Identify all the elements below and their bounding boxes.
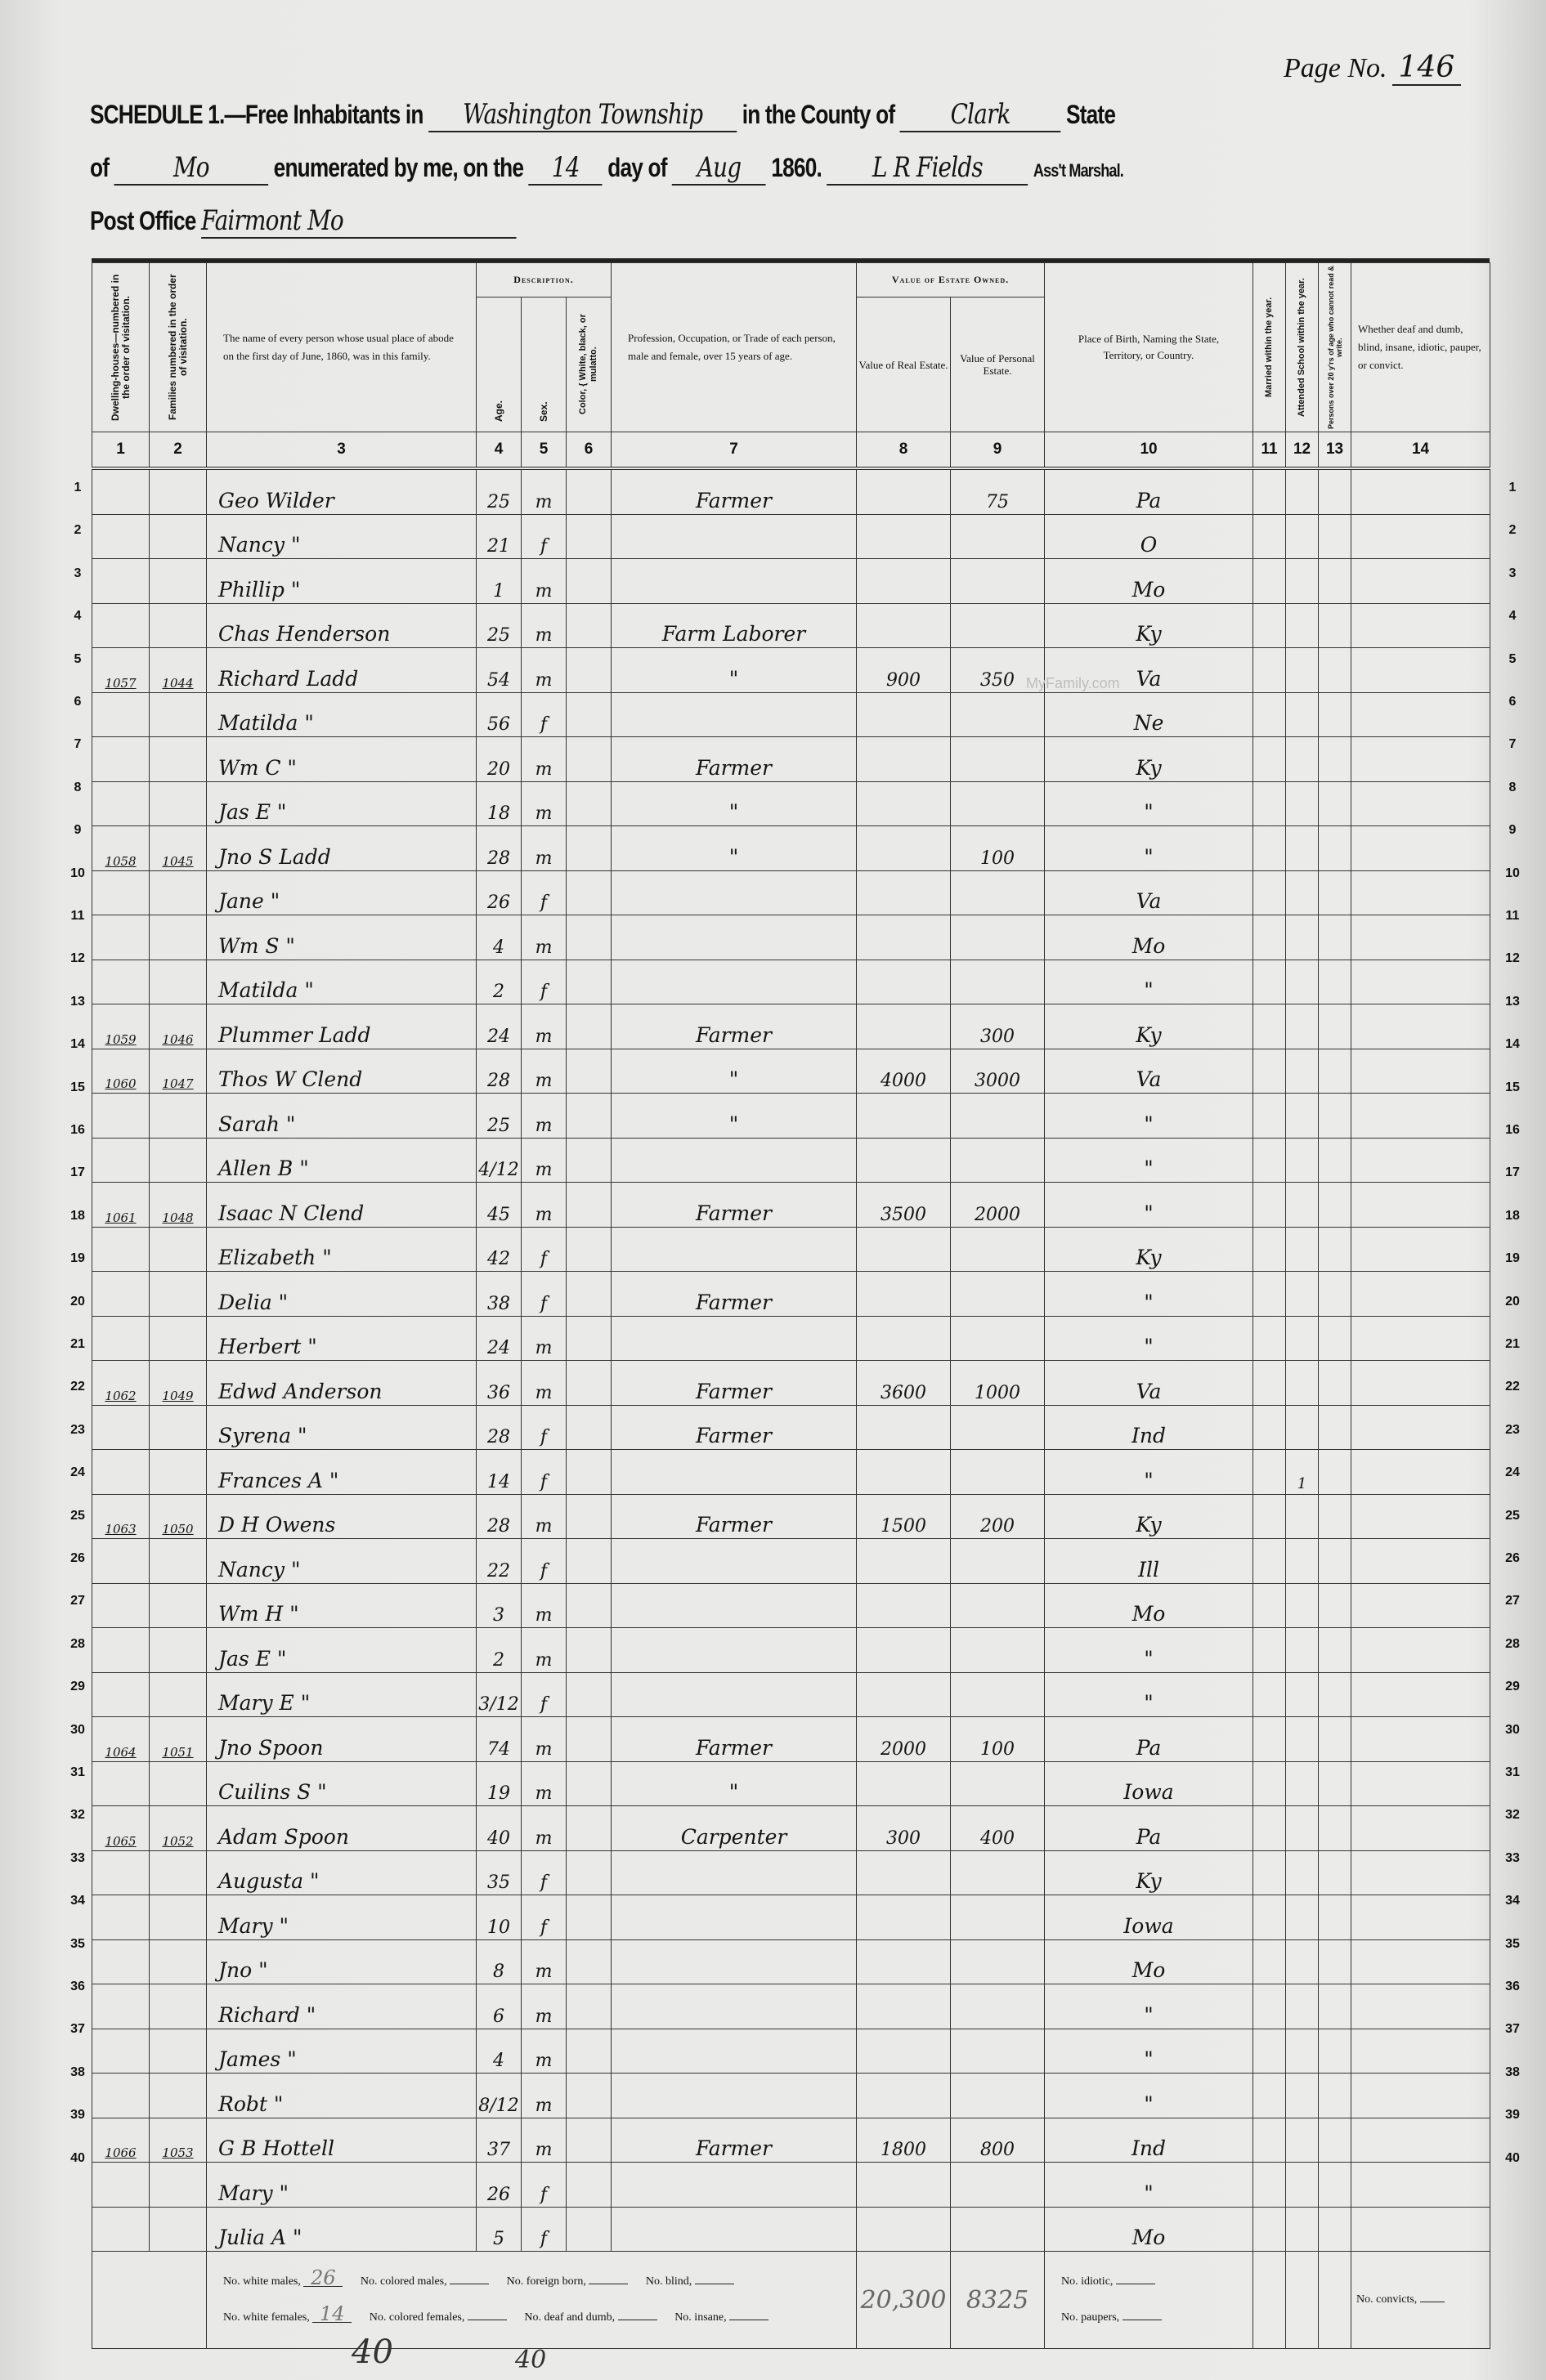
real-estate-value: 3500 xyxy=(857,1183,951,1228)
line-number: 6 xyxy=(1496,695,1529,709)
married xyxy=(1253,1450,1286,1495)
infirmity xyxy=(1351,737,1490,782)
birthplace: Va xyxy=(1045,1361,1253,1406)
person-name: Mary " xyxy=(207,1895,477,1940)
table-row: 10611048Isaac N Clend45mFarmer35002000" xyxy=(92,1183,1490,1228)
infirmity xyxy=(1351,1361,1490,1406)
real-estate-value xyxy=(857,1628,951,1673)
convicts-value xyxy=(1420,2302,1445,2302)
infirmity xyxy=(1351,1004,1490,1049)
age: 10 xyxy=(477,1895,522,1940)
dwelling-number xyxy=(92,781,150,826)
table-row: 10621049Edwd Anderson36mFarmer36001000Va xyxy=(92,1361,1490,1406)
age: 28 xyxy=(477,826,522,871)
col-family-label: Families numbered in the order of visita… xyxy=(168,274,189,421)
age: 37 xyxy=(477,2118,522,2163)
line-number: 19 xyxy=(1496,1251,1529,1266)
attended-school xyxy=(1286,514,1319,559)
cannot-read-write xyxy=(1319,559,1351,604)
dwelling-number xyxy=(92,2074,150,2118)
real-estate-value xyxy=(857,468,951,514)
line-number: 40 xyxy=(61,2151,94,2166)
family-number xyxy=(150,1895,207,1940)
attended-school xyxy=(1286,781,1319,826)
sex: f xyxy=(522,2163,567,2208)
age: 4/12 xyxy=(477,1138,522,1183)
line-number: 35 xyxy=(61,1937,94,1952)
paupers-label: No. paupers, xyxy=(1061,2311,1119,2324)
occupation: Farmer xyxy=(612,737,857,782)
family-number xyxy=(150,2029,207,2074)
cannot-read-write xyxy=(1319,1094,1351,1139)
married xyxy=(1253,960,1286,1004)
line-number: 29 xyxy=(1496,1680,1529,1694)
person-name: Jno " xyxy=(207,1939,477,1984)
sex: f xyxy=(522,960,567,1004)
cannot-read-write xyxy=(1319,514,1351,559)
col-occupation-header: Profession, Occupation, or Trade of each… xyxy=(612,263,857,432)
attended-school xyxy=(1286,2029,1319,2074)
handwritten-total: 40 xyxy=(352,2333,393,2371)
cannot-read-write xyxy=(1319,1628,1351,1673)
table-row: Mary E "3/12f" xyxy=(92,1672,1490,1717)
cannot-read-write xyxy=(1319,648,1351,693)
attended-school xyxy=(1286,2163,1319,2208)
person-name: G B Hottell xyxy=(207,2118,477,2163)
person-name: Chas Henderson xyxy=(207,603,477,648)
table-row: Julia A "5fMo xyxy=(92,2207,1490,2252)
occupation xyxy=(612,514,857,559)
color xyxy=(567,1316,612,1361)
line-number: 6 xyxy=(61,695,94,709)
infirmity xyxy=(1351,1717,1490,1762)
table-row: James "4m" xyxy=(92,2029,1490,2074)
color xyxy=(567,559,612,604)
occupation: Farmer xyxy=(612,1183,857,1228)
personal-estate-value xyxy=(951,1895,1045,1940)
family-number xyxy=(150,514,207,559)
married xyxy=(1253,1806,1286,1851)
table-row: Jno "8mMo xyxy=(92,1939,1490,1984)
age: 28 xyxy=(477,1405,522,1450)
family-number: 1049 xyxy=(150,1361,207,1406)
color xyxy=(567,870,612,915)
real-estate-value xyxy=(857,960,951,1004)
sex: m xyxy=(522,1316,567,1361)
table-row: Robt "8/12m" xyxy=(92,2074,1490,2118)
real-estate-value xyxy=(857,1539,951,1584)
personal-estate-value xyxy=(951,915,1045,960)
real-estate-value xyxy=(857,1895,951,1940)
real-estate-value xyxy=(857,1672,951,1717)
color xyxy=(567,1628,612,1673)
insane-value xyxy=(729,2320,769,2320)
occupation: Farmer xyxy=(612,1494,857,1539)
table-row: Jas E "2m" xyxy=(92,1628,1490,1673)
line-number: 9 xyxy=(61,823,94,838)
sex: f xyxy=(522,1672,567,1717)
line-number: 18 xyxy=(61,1209,94,1224)
line-number: 17 xyxy=(61,1165,94,1180)
real-estate-value: 900 xyxy=(857,648,951,693)
post-office-value: Fairmont Mo xyxy=(201,204,516,239)
cannot-read-write xyxy=(1319,2163,1351,2208)
line-number: 7 xyxy=(1496,737,1529,752)
paupers-value xyxy=(1123,2320,1162,2320)
person-name: Thos W Clend xyxy=(207,1049,477,1094)
birthplace: Ky xyxy=(1045,1850,1253,1895)
infirmity xyxy=(1351,1939,1490,1984)
married xyxy=(1253,1717,1286,1762)
sex: f xyxy=(522,1539,567,1584)
family-number xyxy=(150,781,207,826)
summary-blank xyxy=(92,2252,207,2349)
infirmity xyxy=(1351,468,1490,514)
attended-school xyxy=(1286,737,1319,782)
line-number: 30 xyxy=(61,1723,94,1738)
table-row: Wm S "4mMo xyxy=(92,915,1490,960)
infirmity xyxy=(1351,559,1490,604)
line-number: 3 xyxy=(61,566,94,581)
dwelling-number xyxy=(92,1628,150,1673)
personal-estate-value xyxy=(951,559,1045,604)
birthplace: " xyxy=(1045,826,1253,871)
table-row: Cuilins S "19m"Iowa xyxy=(92,1761,1490,1806)
infirmity xyxy=(1351,2074,1490,2118)
married xyxy=(1253,603,1286,648)
married xyxy=(1253,2029,1286,2074)
occupation: Farmer xyxy=(612,1272,857,1317)
married xyxy=(1253,1539,1286,1584)
infirmity xyxy=(1351,1984,1490,2029)
family-number xyxy=(150,2074,207,2118)
line-number: 11 xyxy=(1496,909,1529,924)
person-name: Edwd Anderson xyxy=(207,1361,477,1406)
line-number: 13 xyxy=(1496,995,1529,1009)
person-name: Richard " xyxy=(207,1984,477,2029)
color xyxy=(567,1049,612,1094)
state-value: Mo xyxy=(114,151,269,186)
color xyxy=(567,1850,612,1895)
family-number: 1046 xyxy=(150,1004,207,1049)
attended-school xyxy=(1286,1138,1319,1183)
line-number: 24 xyxy=(1496,1465,1529,1480)
age: 19 xyxy=(477,1761,522,1806)
age: 45 xyxy=(477,1183,522,1228)
infirmity xyxy=(1351,1094,1490,1139)
attended-school xyxy=(1286,1761,1319,1806)
family-number xyxy=(150,1316,207,1361)
table-row: 10591046Plummer Ladd24mFarmer300Ky xyxy=(92,1004,1490,1049)
infirmity xyxy=(1351,1450,1490,1495)
color xyxy=(567,468,612,514)
married xyxy=(1253,1939,1286,1984)
county-label: in the County of xyxy=(742,100,895,129)
color xyxy=(567,1361,612,1406)
col-number: 7 xyxy=(612,432,857,469)
married xyxy=(1253,1761,1286,1806)
family-number xyxy=(150,915,207,960)
line-number: 3 xyxy=(1496,566,1529,581)
person-name: Frances A " xyxy=(207,1450,477,1495)
occupation xyxy=(612,2207,857,2252)
line-number: 10 xyxy=(1496,866,1529,881)
cannot-read-write xyxy=(1319,2074,1351,2118)
occupation xyxy=(612,1539,857,1584)
personal-estate-value xyxy=(951,692,1045,737)
family-number xyxy=(150,1583,207,1628)
dwelling-number xyxy=(92,1450,150,1495)
line-number: 1 xyxy=(61,481,94,495)
sex: m xyxy=(522,1049,567,1094)
sex: f xyxy=(522,1850,567,1895)
real-estate-value xyxy=(857,915,951,960)
idiotic-value xyxy=(1116,2284,1155,2284)
married xyxy=(1253,2118,1286,2163)
dwelling-number xyxy=(92,1895,150,1940)
sex: m xyxy=(522,915,567,960)
age: 3/12 xyxy=(477,1672,522,1717)
table-row: Matilda "56fNe xyxy=(92,692,1490,737)
personal-estate-value: 200 xyxy=(951,1494,1045,1539)
line-number: 27 xyxy=(1496,1594,1529,1608)
personal-estate-value xyxy=(951,1984,1045,2029)
color xyxy=(567,648,612,693)
table-row: 10571044Richard Ladd54m"900350Va xyxy=(92,648,1490,693)
color xyxy=(567,1583,612,1628)
age: 8 xyxy=(477,1939,522,1984)
occupation xyxy=(612,1227,857,1272)
age: 54 xyxy=(477,648,522,693)
table-row: Frances A "14f"1 xyxy=(92,1450,1490,1495)
line-number: 20 xyxy=(61,1295,94,1309)
col-name-header: The name of every person whose usual pla… xyxy=(207,263,477,432)
personal-estate-value xyxy=(951,1539,1045,1584)
personal-estate-value: 800 xyxy=(951,2118,1045,2163)
sex: m xyxy=(522,1628,567,1673)
page-number: Page No.146 xyxy=(1284,51,1461,84)
line-number: 30 xyxy=(1496,1723,1529,1738)
col-school-header: Attended School within the year. xyxy=(1286,263,1319,432)
color xyxy=(567,1895,612,1940)
person-name: Cuilins S " xyxy=(207,1761,477,1806)
birthplace: Ky xyxy=(1045,1004,1253,1049)
infirmity xyxy=(1351,1672,1490,1717)
col-number: 10 xyxy=(1045,432,1253,469)
real-estate-value xyxy=(857,870,951,915)
line-number: 18 xyxy=(1496,1209,1529,1224)
of-label: of xyxy=(90,153,109,182)
infirmity xyxy=(1351,2163,1490,2208)
table-row: 10631050D H Owens28mFarmer1500200Ky xyxy=(92,1494,1490,1539)
personal-estate-value xyxy=(951,1272,1045,1317)
family-number xyxy=(150,1094,207,1139)
dwelling-number xyxy=(92,468,150,514)
watermark: MyFamily.com xyxy=(1026,675,1120,692)
age: 2 xyxy=(477,1628,522,1673)
attended-school xyxy=(1286,1049,1319,1094)
cannot-read-write xyxy=(1319,1539,1351,1584)
age: 18 xyxy=(477,781,522,826)
age: 25 xyxy=(477,1094,522,1139)
table-row: Sarah "25m"" xyxy=(92,1094,1490,1139)
line-number: 25 xyxy=(1496,1509,1529,1523)
birthplace: " xyxy=(1045,1138,1253,1183)
table-row: 10641051Jno Spoon74mFarmer2000100Pa xyxy=(92,1717,1490,1762)
age: 14 xyxy=(477,1450,522,1495)
line-number: 10 xyxy=(61,866,94,881)
dwelling-number: 1063 xyxy=(92,1494,150,1539)
sex: f xyxy=(522,1227,567,1272)
line-number: 15 xyxy=(61,1080,94,1095)
infirmity xyxy=(1351,2118,1490,2163)
personal-estate-value: 300 xyxy=(951,1004,1045,1049)
attended-school xyxy=(1286,1895,1319,1940)
family-number xyxy=(150,737,207,782)
attended-school xyxy=(1286,648,1319,693)
white-males-label: No. white males, xyxy=(223,2275,301,2288)
marshal-label: Ass't Marshal. xyxy=(1033,160,1123,181)
attended-school xyxy=(1286,1361,1319,1406)
color xyxy=(567,1094,612,1139)
dwelling-number xyxy=(92,1850,150,1895)
infirmity xyxy=(1351,1494,1490,1539)
estate-header: Value of Estate Owned. xyxy=(857,263,1045,297)
family-number xyxy=(150,960,207,1004)
real-estate-value xyxy=(857,692,951,737)
color xyxy=(567,1539,612,1584)
infirmity xyxy=(1351,514,1490,559)
infirmity xyxy=(1351,1583,1490,1628)
personal-estate-value: 1000 xyxy=(951,1361,1045,1406)
col-number: 11 xyxy=(1253,432,1286,469)
line-number: 28 xyxy=(1496,1637,1529,1652)
attended-school xyxy=(1286,1183,1319,1228)
infirmity xyxy=(1351,1539,1490,1584)
county-value: Clark xyxy=(900,98,1061,132)
sex: m xyxy=(522,1361,567,1406)
married xyxy=(1253,2207,1286,2252)
person-name: Geo Wilder xyxy=(207,468,477,514)
sex: m xyxy=(522,2118,567,2163)
line-number: 39 xyxy=(61,2108,94,2123)
white-females-value: 14 xyxy=(312,2306,352,2323)
sex: f xyxy=(522,514,567,559)
color xyxy=(567,2074,612,2118)
col-number: 1 xyxy=(92,432,150,469)
real-estate-value xyxy=(857,2074,951,2118)
person-name: Adam Spoon xyxy=(207,1806,477,1851)
birthplace: Va xyxy=(1045,1049,1253,1094)
personal-estate-value: 2000 xyxy=(951,1183,1045,1228)
age: 38 xyxy=(477,1272,522,1317)
col-number: 14 xyxy=(1351,432,1490,469)
line-number: 23 xyxy=(61,1423,94,1438)
blind-value xyxy=(695,2284,734,2284)
page-number-value: 146 xyxy=(1392,51,1462,86)
person-name: Allen B " xyxy=(207,1138,477,1183)
married xyxy=(1253,1405,1286,1450)
birthplace: Ky xyxy=(1045,603,1253,648)
person-name: Elizabeth " xyxy=(207,1227,477,1272)
line-number: 36 xyxy=(1496,1980,1529,1994)
personal-estate-value xyxy=(951,2163,1045,2208)
occupation xyxy=(612,2029,857,2074)
cannot-read-write xyxy=(1319,1138,1351,1183)
table-row: 10601047Thos W Clend28m"40003000Va xyxy=(92,1049,1490,1094)
birthplace: Pa xyxy=(1045,1717,1253,1762)
real-estate-value: 1800 xyxy=(857,2118,951,2163)
schedule-header-line-1: SCHEDULE 1.—Free Inhabitants in Washingt… xyxy=(90,98,1115,132)
person-name: Wm H " xyxy=(207,1583,477,1628)
birthplace: " xyxy=(1045,781,1253,826)
line-number: 21 xyxy=(61,1337,94,1352)
married xyxy=(1253,692,1286,737)
birthplace: O xyxy=(1045,514,1253,559)
attended-school xyxy=(1286,692,1319,737)
person-name: Augusta " xyxy=(207,1850,477,1895)
married xyxy=(1253,1583,1286,1628)
family-number xyxy=(150,1672,207,1717)
line-number: 12 xyxy=(1496,951,1529,966)
dwelling-number: 1065 xyxy=(92,1806,150,1851)
color xyxy=(567,1939,612,1984)
cannot-read-write xyxy=(1319,781,1351,826)
person-name: Jane " xyxy=(207,870,477,915)
family-number: 1052 xyxy=(150,1806,207,1851)
table-row: Herbert "24m" xyxy=(92,1316,1490,1361)
dwelling-number: 1057 xyxy=(92,648,150,693)
age: 2 xyxy=(477,960,522,1004)
white-males-value: 26 xyxy=(303,2270,343,2287)
col-number: 6 xyxy=(567,432,612,469)
cannot-read-write xyxy=(1319,960,1351,1004)
family-number xyxy=(150,1405,207,1450)
personal-estate-value xyxy=(951,737,1045,782)
summary-row: No. white males, 26 No. colored males, N… xyxy=(92,2252,1490,2349)
dwelling-number xyxy=(92,559,150,604)
family-number: 1051 xyxy=(150,1717,207,1762)
married xyxy=(1253,1984,1286,2029)
birthplace: Ky xyxy=(1045,737,1253,782)
table-row: Jane "26fVa xyxy=(92,870,1490,915)
dwelling-number xyxy=(92,2163,150,2208)
attended-school xyxy=(1286,1939,1319,1984)
line-number: 39 xyxy=(1496,2108,1529,2123)
person-name: Nancy " xyxy=(207,1539,477,1584)
cannot-read-write xyxy=(1319,1272,1351,1317)
occupation xyxy=(612,1895,857,1940)
married xyxy=(1253,1138,1286,1183)
line-number: 32 xyxy=(1496,1808,1529,1823)
dwelling-number xyxy=(92,1672,150,1717)
married xyxy=(1253,1850,1286,1895)
sex: m xyxy=(522,1761,567,1806)
birthplace: Mo xyxy=(1045,1583,1253,1628)
infirmity xyxy=(1351,2029,1490,2074)
sex: m xyxy=(522,559,567,604)
married xyxy=(1253,2163,1286,2208)
occupation: Farmer xyxy=(612,2118,857,2163)
occupation xyxy=(612,2074,857,2118)
personal-estate-value xyxy=(951,1094,1045,1139)
attended-school xyxy=(1286,1539,1319,1584)
age: 20 xyxy=(477,737,522,782)
line-number: 26 xyxy=(61,1551,94,1566)
schedule-label: SCHEDULE 1.—Free Inhabitants in xyxy=(90,100,423,129)
person-name: Mary E " xyxy=(207,1672,477,1717)
col-married-label: Married within the year. xyxy=(1264,266,1275,429)
